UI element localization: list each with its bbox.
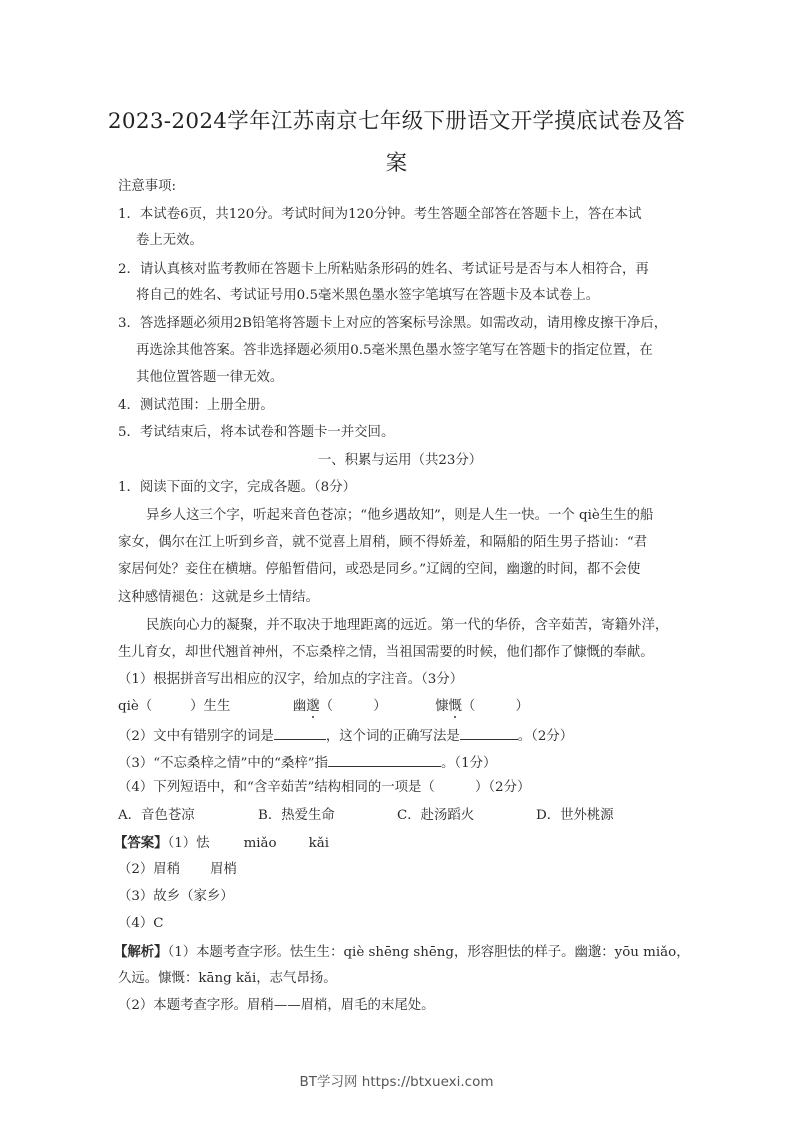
analysis-line-3: （2）本题考查字形。眉稍——眉梢，眉毛的末尾处。 <box>118 997 435 1015</box>
notice-item-5: 5．考试结束后，将本试卷和答题卡一并交回。 <box>118 424 394 442</box>
document-title-line-2: 案 <box>0 146 793 177</box>
item-qie-pre: qiè（ <box>118 699 152 714</box>
option-a[interactable]: A．音色苍凉 <box>118 807 195 825</box>
passage-line-5: 民族向心力的凝聚，并不取决于地理距离的远近。第一代的华侨，含辛茹苦，寄籍外洋， <box>146 617 668 635</box>
subquestion-3: （3）“不忘桑梓之情”中的“桑梓”指。（1分） <box>118 752 496 773</box>
subquestion-2-post: 。（2分） <box>518 729 573 744</box>
analysis-line-1: 【解析】（1）本题考查字形。怯生生：qiè shēng shēng，形容胆怯的样… <box>114 943 690 962</box>
passage-line-3: 家居何处？妾住在横塘。停船暂借问，或恐是同乡。”辽阔的空间，幽邈的时间，都不会使 <box>118 561 640 579</box>
answer-label: 【答案】 <box>114 835 168 851</box>
subquestion-2: （2）文中有错别字的词是，这个词的正确写法是。（2分） <box>118 725 573 746</box>
watermark-footer: BT学习网 https://btxuexi.com <box>0 1070 793 1090</box>
item-youmiao-dotted-char: 邈 <box>306 699 319 714</box>
analysis-text-1: （1）本题考查字形。怯生生：qiè shēng shēng，形容胆怯的样子。幽邈… <box>168 945 690 960</box>
answer-1-miao: miǎo <box>244 836 277 851</box>
passage-line-4: 这种感情褪色：这就是乡土情结。 <box>118 589 319 607</box>
notice-item-2-cont: 将自己的姓名、考试证号用0.5毫米黑色墨水签字笔填写在答题卡及本试卷上。 <box>136 287 599 305</box>
subquestion-3-post: 。（1分） <box>441 756 496 771</box>
answer-1-prefix: （1）怯 <box>168 836 210 851</box>
answer-line-1: 【答案】（1）怯miǎokǎi <box>114 834 329 853</box>
answer-2-prefix: （2）眉稍 <box>118 862 180 877</box>
item-qie-post: ）生生 <box>190 699 230 714</box>
notice-item-1: 1．本试卷6页，共120分。考试时间为120分钟。考生答题全部答在答题卡上，答在… <box>118 206 641 224</box>
item-youmiao-paren[interactable]: （ ） <box>320 699 387 714</box>
answer-blank-correct-word[interactable] <box>460 725 518 740</box>
notice-item-4: 4．测试范围：上册全册。 <box>118 397 274 415</box>
analysis-line-2: 久远。慷慨：kāng kǎi，志气昂扬。 <box>118 970 337 988</box>
notice-item-2: 2．请认真核对监考教师在答题卡上所粘贴条形码的姓名、考试证号是否与本人相符合，再 <box>118 261 649 279</box>
item-youmiao-char: 幽 <box>293 699 306 714</box>
notice-heading: 注意事项: <box>118 178 176 196</box>
notice-item-1-cont: 卷上无效。 <box>136 232 203 250</box>
item-kangkai-dotted-char: 慨 <box>449 699 462 714</box>
subquestion-1-prompt: （1）根据拼音写出相应的汉字，给加点的字注音。（3分） <box>118 671 463 689</box>
item-kangkai-paren[interactable]: （ ） <box>462 699 529 714</box>
subquestion-2-pre: （2）文中有错别字的词是 <box>118 729 274 744</box>
subquestion-2-mid: ，这个词的正确写法是 <box>326 729 460 744</box>
section-heading: 一、积累与运用（共23分） <box>118 452 682 470</box>
answer-blank-wrong-word[interactable] <box>274 725 326 740</box>
notice-item-3-cont-1: 再选涂其他答案。答非选择题必须用0.5毫米黑色墨水签字笔写在答题卡的指定位置，在 <box>136 342 653 360</box>
option-d[interactable]: D．世外桃源 <box>536 807 614 825</box>
answer-1-kai: kǎi <box>309 836 329 851</box>
document-title-line-1: 2023-2024学年江苏南京七年级下册语文开学摸底试卷及答 <box>0 104 793 135</box>
answer-blank-sangzi[interactable] <box>328 752 441 767</box>
passage-line-6: 生儿育女，却世代翘首神州，不忘桑梓之情，当祖国需要的时候，他们都作了慷慨的奉献。 <box>118 644 654 662</box>
analysis-label: 【解析】 <box>114 944 168 960</box>
option-b[interactable]: B．热爱生命 <box>258 807 335 825</box>
answer-2-correct: 眉梢 <box>210 862 237 877</box>
notice-item-3-cont-2: 其他位置答题一律无效。 <box>136 369 283 387</box>
answer-line-2: （2）眉稍眉梢 <box>118 861 237 879</box>
subquestion-3-pre: （3）“不忘桑梓之情”中的“桑梓”指 <box>118 756 328 771</box>
passage-line-1: 异乡人这三个字，听起来音色苍凉；“他乡遇故知”，则是人生一快。一个 qiè生生的… <box>146 507 653 525</box>
subquestion-4-prompt: （4）下列短语中，和“含辛茹苦”结构相同的一项是（ ）（2分） <box>118 779 530 797</box>
answer-line-3: （3）故乡（家乡） <box>118 888 234 906</box>
passage-line-2: 家女，偶尔在江上听到乡音，就不觉喜上眉稍，顾不得娇羞，和隔船的陌生男子搭讪：“君 <box>118 534 647 552</box>
option-c[interactable]: C．赴汤蹈火 <box>397 807 474 825</box>
item-kangkai-char: 慷 <box>435 699 448 714</box>
question-1-stem: 1．阅读下面的文字，完成各题。（8分） <box>118 479 356 497</box>
answer-line-4: （4）C <box>118 915 164 933</box>
subquestion-1-items: qiè（）生生 幽邈（ ） 慷慨（ ） <box>118 698 529 716</box>
notice-item-3: 3．答选择题必须用2B铅笔将答题卡上对应的答案标号涂黑。如需改动，请用橡皮擦干净… <box>118 315 667 333</box>
